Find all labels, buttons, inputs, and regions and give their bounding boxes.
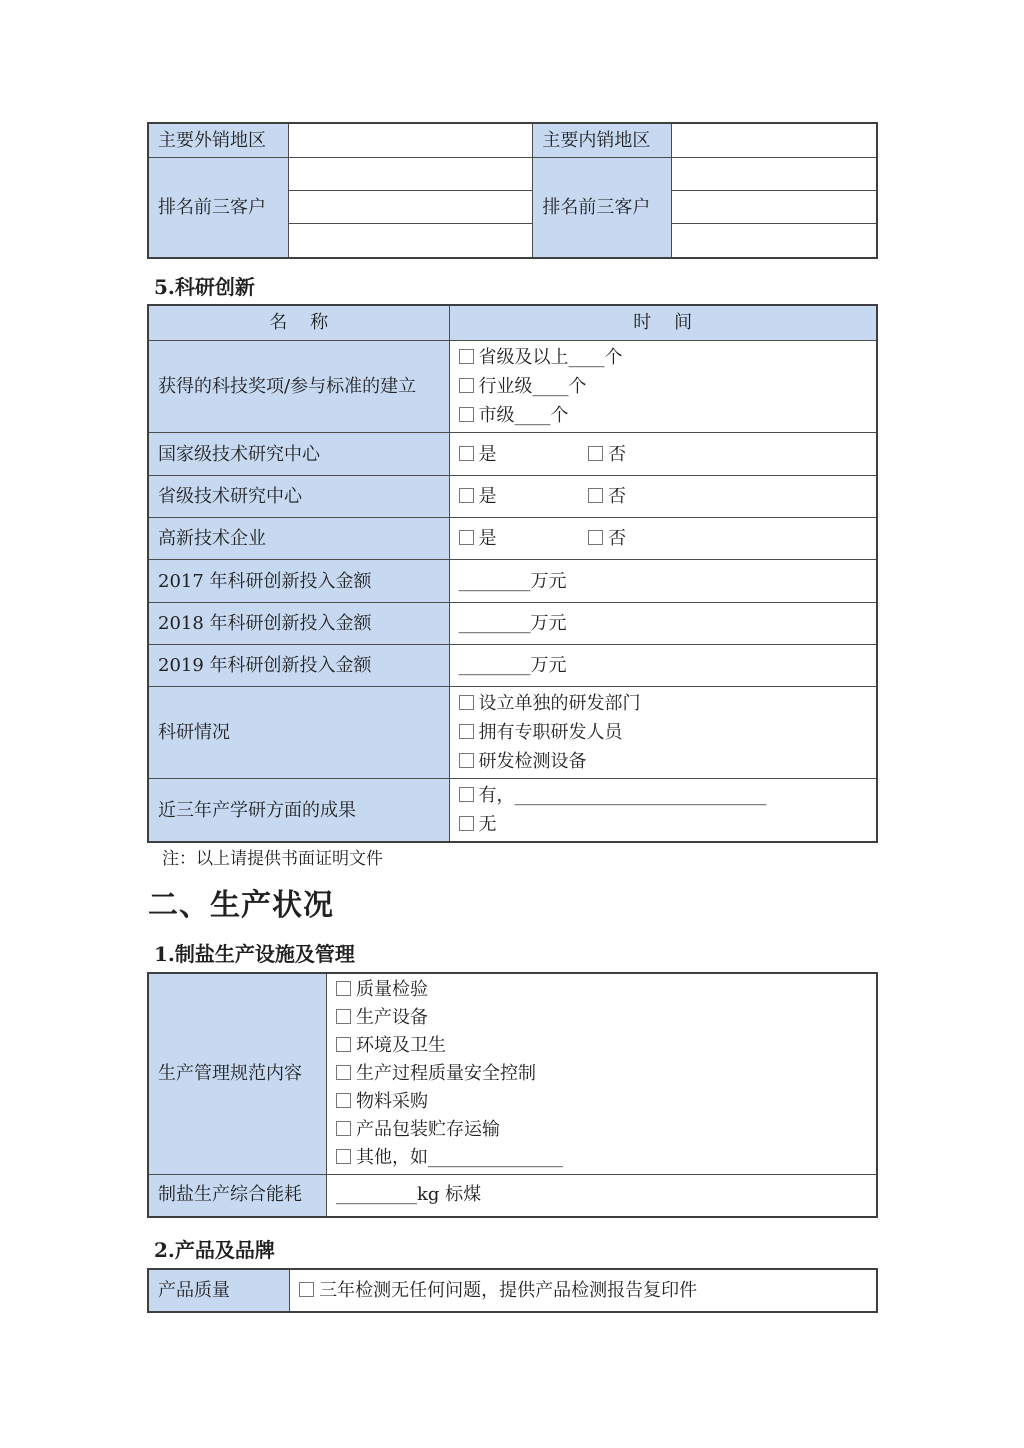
product-brand-table: 产品质量三年检测无任何问题，提供产品检测报告复印件 — [147, 1268, 878, 1313]
checkbox-icon — [459, 407, 474, 422]
export-top3-value-3 — [289, 224, 533, 258]
checkbox-icon — [459, 753, 474, 768]
production-management-table: 生产管理规范内容质量检验生产设备环境及卫生生产过程质量安全控制物料采购产品包装贮… — [147, 972, 878, 1218]
checkbox-icon — [336, 1093, 351, 1108]
research-header-name: 名 称 — [148, 305, 449, 341]
table-row: 名 称时 间 — [148, 305, 877, 341]
table-row: 产品质量三年检测无任何问题，提供产品检测报告复印件 — [148, 1269, 877, 1312]
export-top3-label: 排名前三客户 — [148, 158, 289, 258]
national-center-options: 是 否 — [449, 433, 877, 476]
hightech-enterprise-options: 是 否 — [449, 518, 877, 560]
document-page: 主要外销地区主要内销地区排名前三客户排名前三客户 5.科研创新 名 称时 间获得… — [0, 0, 878, 1313]
domestic-top3-label: 排名前三客户 — [533, 158, 672, 258]
checkbox-icon — [336, 1149, 351, 1164]
sales-regions-table: 主要外销地区主要内销地区排名前三客户排名前三客户 — [147, 122, 878, 259]
checkbox-icon — [336, 981, 351, 996]
checkbox-icon — [588, 530, 603, 545]
export-top3-value-2 — [289, 191, 533, 224]
table-row: 科研情况设立单独的研发部门拥有专职研发人员研发检测设备 — [148, 687, 877, 779]
invest-2019-value: ________万元 — [449, 645, 877, 687]
checkbox-icon — [459, 816, 474, 831]
table-row: 排名前三客户排名前三客户 — [148, 158, 877, 191]
checkbox-icon — [336, 1065, 351, 1080]
section-title-product-brand: 2.产品及品牌 — [154, 1238, 878, 1262]
table-row: 制盐生产综合能耗_________kg 标煤 — [148, 1175, 877, 1217]
checkbox-icon — [299, 1282, 314, 1297]
invest-2018-label: 2018 年科研创新投入金额 — [148, 603, 449, 645]
invest-2018-value: ________万元 — [449, 603, 877, 645]
checkbox-icon — [336, 1009, 351, 1024]
export-region-label: 主要外销地区 — [148, 123, 289, 158]
research-innovation-table: 名 称时 间获得的科技奖项/参与标准的建立省级及以上____个行业级____个市… — [147, 304, 878, 844]
provincial-center-label: 省级技术研究中心 — [148, 476, 449, 518]
table-row: 2018 年科研创新投入金额________万元 — [148, 603, 877, 645]
table-row: 省级技术研究中心是 否 — [148, 476, 877, 518]
invest-2017-value: ________万元 — [449, 560, 877, 603]
section-title-research: 5.科研创新 — [154, 275, 878, 299]
domestic-top3-value-1 — [672, 158, 877, 191]
domestic-region-label: 主要内销地区 — [533, 123, 672, 158]
table-row: 生产管理规范内容质量检验生产设备环境及卫生生产过程质量安全控制物料采购产品包装贮… — [148, 973, 877, 1175]
domestic-top3-value-3 — [672, 224, 877, 258]
table-row: 2017 年科研创新投入金额________万元 — [148, 560, 877, 603]
energy-consumption-value: _________kg 标煤 — [326, 1175, 877, 1217]
product-quality-options: 三年检测无任何问题，提供产品检测报告复印件 — [290, 1269, 877, 1312]
research-status-options: 设立单独的研发部门拥有专职研发人员研发检测设备 — [449, 687, 877, 779]
domestic-top3-value-2 — [672, 191, 877, 224]
product-quality-label: 产品质量 — [148, 1269, 290, 1312]
checkbox-icon — [336, 1037, 351, 1052]
table-row: 近三年产学研方面的成果有，___________________________… — [148, 779, 877, 843]
checkbox-icon — [459, 530, 474, 545]
achievements-options: 有，____________________________无 — [449, 779, 877, 843]
research-header-time: 时 间 — [449, 305, 877, 341]
provincial-center-options: 是 否 — [449, 476, 877, 518]
checkbox-icon — [459, 378, 474, 393]
awards-label: 获得的科技奖项/参与标准的建立 — [148, 341, 449, 433]
checkbox-icon — [588, 488, 603, 503]
part-title-production-status: 二、生产状况 — [148, 887, 878, 924]
section-title-salt-production: 1.制盐生产设施及管理 — [154, 942, 878, 966]
export-top3-value-1 — [289, 158, 533, 191]
awards-options: 省级及以上____个行业级____个市级____个 — [449, 341, 877, 433]
table-row: 高新技术企业是 否 — [148, 518, 877, 560]
table-row: 主要外销地区主要内销地区 — [148, 123, 877, 158]
management-spec-options: 质量检验生产设备环境及卫生生产过程质量安全控制物料采购产品包装贮存运输其他，如_… — [326, 973, 877, 1175]
national-center-label: 国家级技术研究中心 — [148, 433, 449, 476]
checkbox-icon — [459, 488, 474, 503]
invest-2017-label: 2017 年科研创新投入金额 — [148, 560, 449, 603]
checkbox-icon — [459, 349, 474, 364]
checkbox-icon — [459, 446, 474, 461]
table-row: 获得的科技奖项/参与标准的建立省级及以上____个行业级____个市级____个 — [148, 341, 877, 433]
note-text: 注：以上请提供书面证明文件 — [162, 848, 878, 870]
checkbox-icon — [588, 446, 603, 461]
hightech-enterprise-label: 高新技术企业 — [148, 518, 449, 560]
export-region-value — [289, 123, 533, 158]
achievements-label: 近三年产学研方面的成果 — [148, 779, 449, 843]
checkbox-icon — [336, 1121, 351, 1136]
energy-consumption-label: 制盐生产综合能耗 — [148, 1175, 326, 1217]
table-row: 国家级技术研究中心是 否 — [148, 433, 877, 476]
checkbox-icon — [459, 724, 474, 739]
invest-2019-label: 2019 年科研创新投入金额 — [148, 645, 449, 687]
table-row: 2019 年科研创新投入金额________万元 — [148, 645, 877, 687]
management-spec-label: 生产管理规范内容 — [148, 973, 326, 1175]
checkbox-icon — [459, 695, 474, 710]
research-status-label: 科研情况 — [148, 687, 449, 779]
domestic-region-value — [672, 123, 877, 158]
checkbox-icon — [459, 787, 474, 802]
